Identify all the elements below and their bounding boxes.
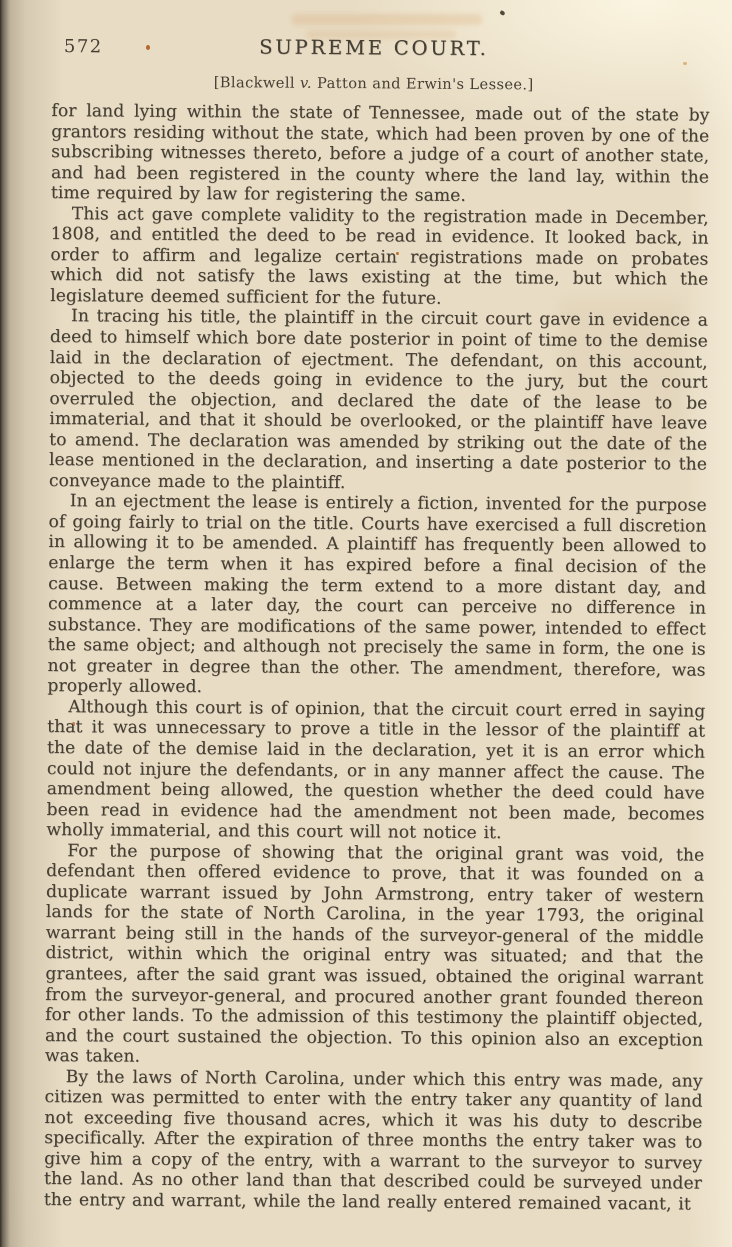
body-paragraph: By the laws of North Carolina, under whi… (44, 1067, 703, 1215)
case-caption-prefix: [Blackwell (214, 74, 300, 92)
opinion-body: for land lying within the state of Tenne… (44, 101, 710, 1215)
case-caption: [Blackwell v. Patton and Erwin's Lessee.… (8, 73, 732, 95)
body-paragraph: For the purpose of showing that the orig… (45, 841, 705, 1072)
page-number: 572 (64, 36, 103, 57)
body-paragraph: Although this court is of opinion, that … (46, 697, 705, 845)
body-paragraph: for land lying within the state of Tenne… (51, 101, 710, 208)
body-paragraph: This act gave complete validity to the r… (50, 204, 709, 311)
page-header: 572 SUPREME COURT. (8, 34, 732, 69)
running-head: SUPREME COURT. (8, 34, 732, 62)
body-paragraph: In an ejectment the lease is entirely a … (47, 491, 706, 701)
case-caption-suffix: Patton and Erwin's Lessee.] (312, 75, 534, 94)
case-caption-versus: v. (300, 75, 312, 92)
body-paragraph: In tracing his title, the plaintiff in t… (49, 306, 708, 496)
book-page: 572 SUPREME COURT. [Blackwell v. Patton … (0, 0, 732, 1247)
page-content: 572 SUPREME COURT. [Blackwell v. Patton … (0, 0, 732, 1215)
